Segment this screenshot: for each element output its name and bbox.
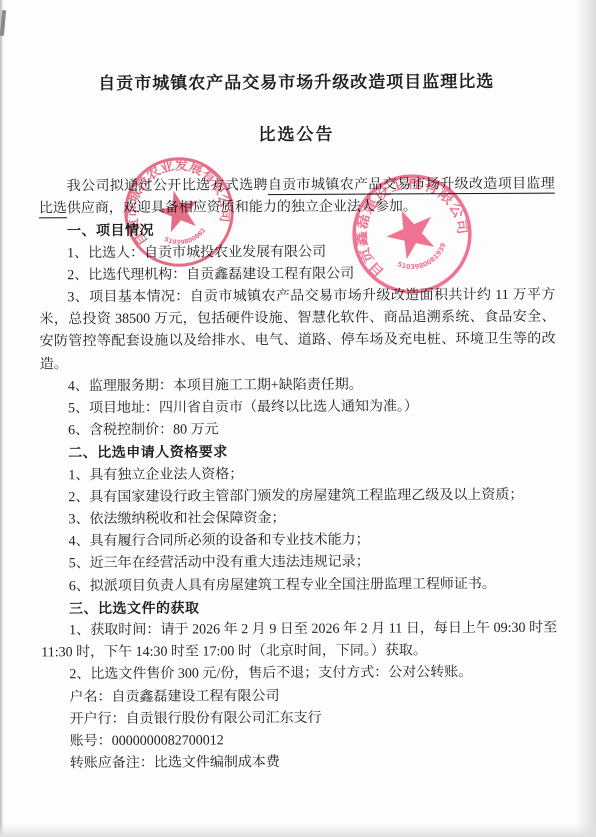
intro-paragraph: 我公司拟通过公开比选方式选聘自贡市城镇农产品交易市场升级改造项目监理比选供应商，… <box>39 174 555 221</box>
page-edge-bottom <box>0 824 596 837</box>
list-item: 1、具有独立企业法人资格； <box>40 462 556 487</box>
bank-account-number: 账号：0000000082700012 <box>42 729 558 754</box>
section3-heading: 三、比选文件的获取 <box>41 596 557 621</box>
list-item: 3、依法缴纳税收和社会保障资金； <box>40 507 556 532</box>
list-item: 3、项目基本情况：自贡市城镇农产品交易市场升级改造面积共计约 11 万平方米，总… <box>39 285 555 377</box>
document-content: 自贡市城镇农产品交易市场升级改造项目监理比选 比选公告 我公司拟通过公开比选方式… <box>0 0 596 837</box>
list-item: 4、具有履行合同所必须的设备和专业技术能力； <box>41 529 557 554</box>
page-edge-left <box>0 0 3 837</box>
list-item: 6、拟派项目负责人具有房屋建筑工程专业全国注册监理工程师证书。 <box>41 573 557 598</box>
list-item: 5、项目地址：四川省自贡市（最终以比选人通知为准。） <box>40 396 556 421</box>
list-item: 2、具有国家建设行政主管部门颁发的房屋建筑工程监理乙级及以上资质； <box>40 484 556 509</box>
intro-prefix: 我公司拟通过公开比选方式选聘 <box>67 178 268 194</box>
document-body: 我公司拟通过公开比选方式选聘自贡市城镇农产品交易市场升级改造项目监理比选供应商，… <box>39 174 558 776</box>
bank-account-name: 户名：自贡鑫磊建设工程有限公司 <box>41 684 557 709</box>
bank-branch: 开户行：自贡银行股份有限公司汇东支行 <box>42 707 558 732</box>
list-item: 4、监理服务期：本项目施工工期+缺陷责任期。 <box>40 373 556 398</box>
list-item: 6、含税控制价：80 万元 <box>40 418 556 443</box>
section2-heading: 二、比选申请人资格要求 <box>40 440 556 465</box>
page-edge-right <box>576 0 596 837</box>
list-item: 1、比选人：自贡市城投农业发展有限公司 <box>39 240 555 265</box>
list-item: 2、比选文件售价 300 元/份，售后不退；支付方式：公对公转账。 <box>41 662 557 687</box>
list-item: 2、比选代理机构：自贡鑫磊建设工程有限公司 <box>39 262 555 287</box>
transfer-note: 转账应备注：比选文件编制成本费 <box>42 751 558 776</box>
list-item: 5、近三年在经营活动中没有重大违法违规记录； <box>41 551 557 576</box>
scanned-document-page: 自贡市城镇农产品交易市场升级改造项目监理比选 比选公告 我公司拟通过公开比选方式… <box>0 0 596 837</box>
section1-heading: 一、项目情况 <box>39 218 555 243</box>
document-title: 自贡市城镇农产品交易市场升级改造项目监理比选 <box>38 72 554 95</box>
document-subtitle: 比选公告 <box>38 124 554 147</box>
list-item: 1、获取时间：请于 2026 年 2 月 9 日至 2026 年 2 月 11 … <box>41 618 557 665</box>
intro-suffix: 供应商，欢迎具备相应资质和能力的独立企业法人参加。 <box>67 200 417 217</box>
